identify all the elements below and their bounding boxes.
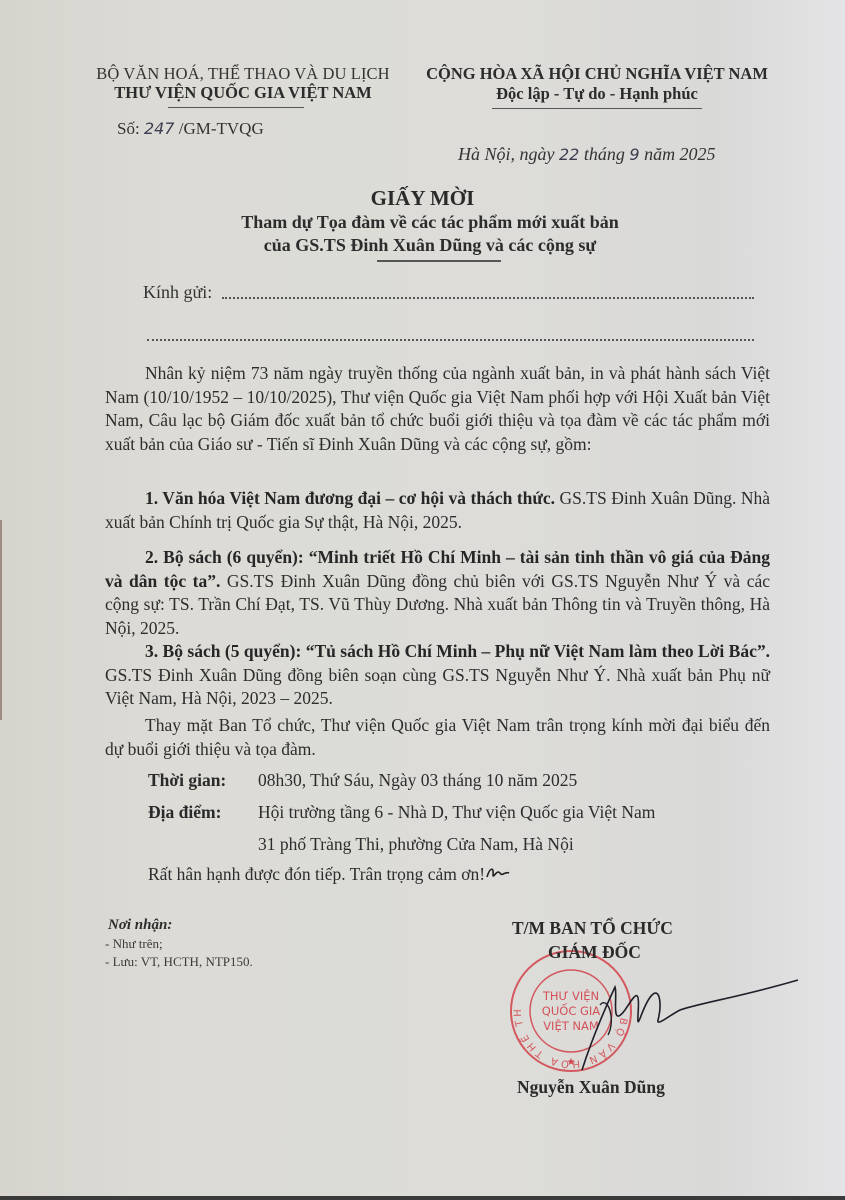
document-subtitle-line2: của GS.TS Đinh Xuân Dũng và các cộng sự <box>0 235 845 256</box>
organization-name: THƯ VIỆN QUỐC GIA VIỆT NAM <box>88 83 398 103</box>
date-prefix: Hà Nội, ngày <box>458 144 559 164</box>
work-item-3: 3. Bộ sách (5 quyển): “Tủ sách Hồ Chí Mi… <box>105 640 770 711</box>
date-month-label: tháng <box>579 144 629 164</box>
closing-line: Rất hân hạnh được đón tiếp. Trân trọng c… <box>148 864 511 885</box>
intro-paragraph: Nhân kỷ niệm 73 năm ngày truyền thống củ… <box>105 362 770 456</box>
place-value-line1: Hội trường tầng 6 - Nhà D, Thư viện Quốc… <box>258 802 655 823</box>
place-value-line2: 31 phố Tràng Thi, phường Cửa Nam, Hà Nội <box>258 834 574 855</box>
addressee-blank-line-2 <box>147 339 754 341</box>
document-number: Số: 247 /GM-TVQG <box>117 119 264 139</box>
recipient-item: - Như trên; <box>105 936 163 952</box>
intro-text: Nhân kỷ niệm 73 năm ngày truyền thống củ… <box>105 362 770 456</box>
invitation-paragraph: Thay mặt Ban Tổ chức, Thư viện Quốc gia … <box>105 714 770 761</box>
on-behalf-label: T/M BAN TỔ CHỨC <box>512 918 673 939</box>
document-number-handwritten: 247 <box>144 119 175 138</box>
signer-name: Nguyễn Xuân Dũng <box>517 1077 665 1098</box>
svg-text:QUỐC GIA: QUỐC GIA <box>542 1002 601 1018</box>
official-seal-icon: BỘ VĂN HÓA THỂ THAO VÀ DU LỊCH THƯ VIỆN … <box>508 948 634 1074</box>
place-label: Địa điểm: <box>148 802 221 823</box>
svg-text:THƯ VIỆN: THƯ VIỆN <box>542 988 599 1003</box>
national-motto: Độc lập - Tự do - Hạnh phúc <box>416 84 778 104</box>
invitation-letter: BỘ VĂN HOÁ, THỂ THAO VÀ DU LỊCH THƯ VIỆN… <box>0 0 845 1200</box>
addressee-blank-line-1 <box>222 297 754 299</box>
document-subtitle-line1: Tham dự Tọa đàm về các tác phẩm mới xuất… <box>0 212 845 233</box>
recipients-label: Nơi nhận: <box>108 917 172 934</box>
header-left-underline <box>168 107 304 108</box>
work-3-details: GS.TS Đinh Xuân Dũng đồng biên soạn cùng… <box>105 665 770 709</box>
header-right-underline <box>492 108 702 109</box>
document-title: GIẤY MỜI <box>0 186 845 211</box>
country-name: CỘNG HÒA XÃ HỘI CHỦ NGHĨA VIỆT NAM <box>416 64 778 84</box>
handwritten-signature-icon <box>580 975 800 1075</box>
work-item-1: 1. Văn hóa Việt Nam đương đại – cơ hội v… <box>105 487 770 534</box>
initial-mark-icon <box>485 865 511 883</box>
addressee-label: Kính gửi: <box>143 282 212 303</box>
work-item-2: 2. Bộ sách (6 quyển): “Minh triết Hồ Chí… <box>105 546 770 640</box>
svg-text:★: ★ <box>567 1057 576 1068</box>
time-label: Thời gian: <box>148 770 226 791</box>
recipient-item: - Lưu: VT, HCTH, NTP150. <box>105 954 253 970</box>
signer-position: GIÁM ĐỐC <box>548 942 641 963</box>
ministry-name: BỘ VĂN HOÁ, THỂ THAO VÀ DU LỊCH <box>88 64 398 84</box>
closing-text: Rất hân hạnh được đón tiếp. Trân trọng c… <box>148 864 485 884</box>
work-1-title: 1. Văn hóa Việt Nam đương đại – cơ hội v… <box>145 488 555 508</box>
time-value: 08h30, Thứ Sáu, Ngày 03 tháng 10 năm 202… <box>258 770 577 791</box>
date-month: 9 <box>629 145 639 164</box>
invitation-text: Thay mặt Ban Tổ chức, Thư viện Quốc gia … <box>105 714 770 761</box>
date-year: năm 2025 <box>640 144 716 164</box>
svg-text:BỘ VĂN HÓA THỂ THAO VÀ DU LỊCH: BỘ VĂN HÓA THỂ THAO VÀ DU LỊCH <box>508 948 629 1071</box>
title-underline <box>377 260 501 262</box>
page-edge-shadow <box>0 520 2 720</box>
document-number-prefix: Số: <box>117 119 144 138</box>
page-bottom-edge <box>0 1196 845 1200</box>
work-3-title: 3. Bộ sách (5 quyển): “Tủ sách Hồ Chí Mi… <box>145 641 770 661</box>
issue-date: Hà Nội, ngày 22 tháng 9 năm 2025 <box>458 144 716 165</box>
document-number-suffix: /GM-TVQG <box>174 119 263 138</box>
date-day: 22 <box>559 145 579 164</box>
svg-text:VIỆT NAM: VIỆT NAM <box>543 1018 599 1033</box>
